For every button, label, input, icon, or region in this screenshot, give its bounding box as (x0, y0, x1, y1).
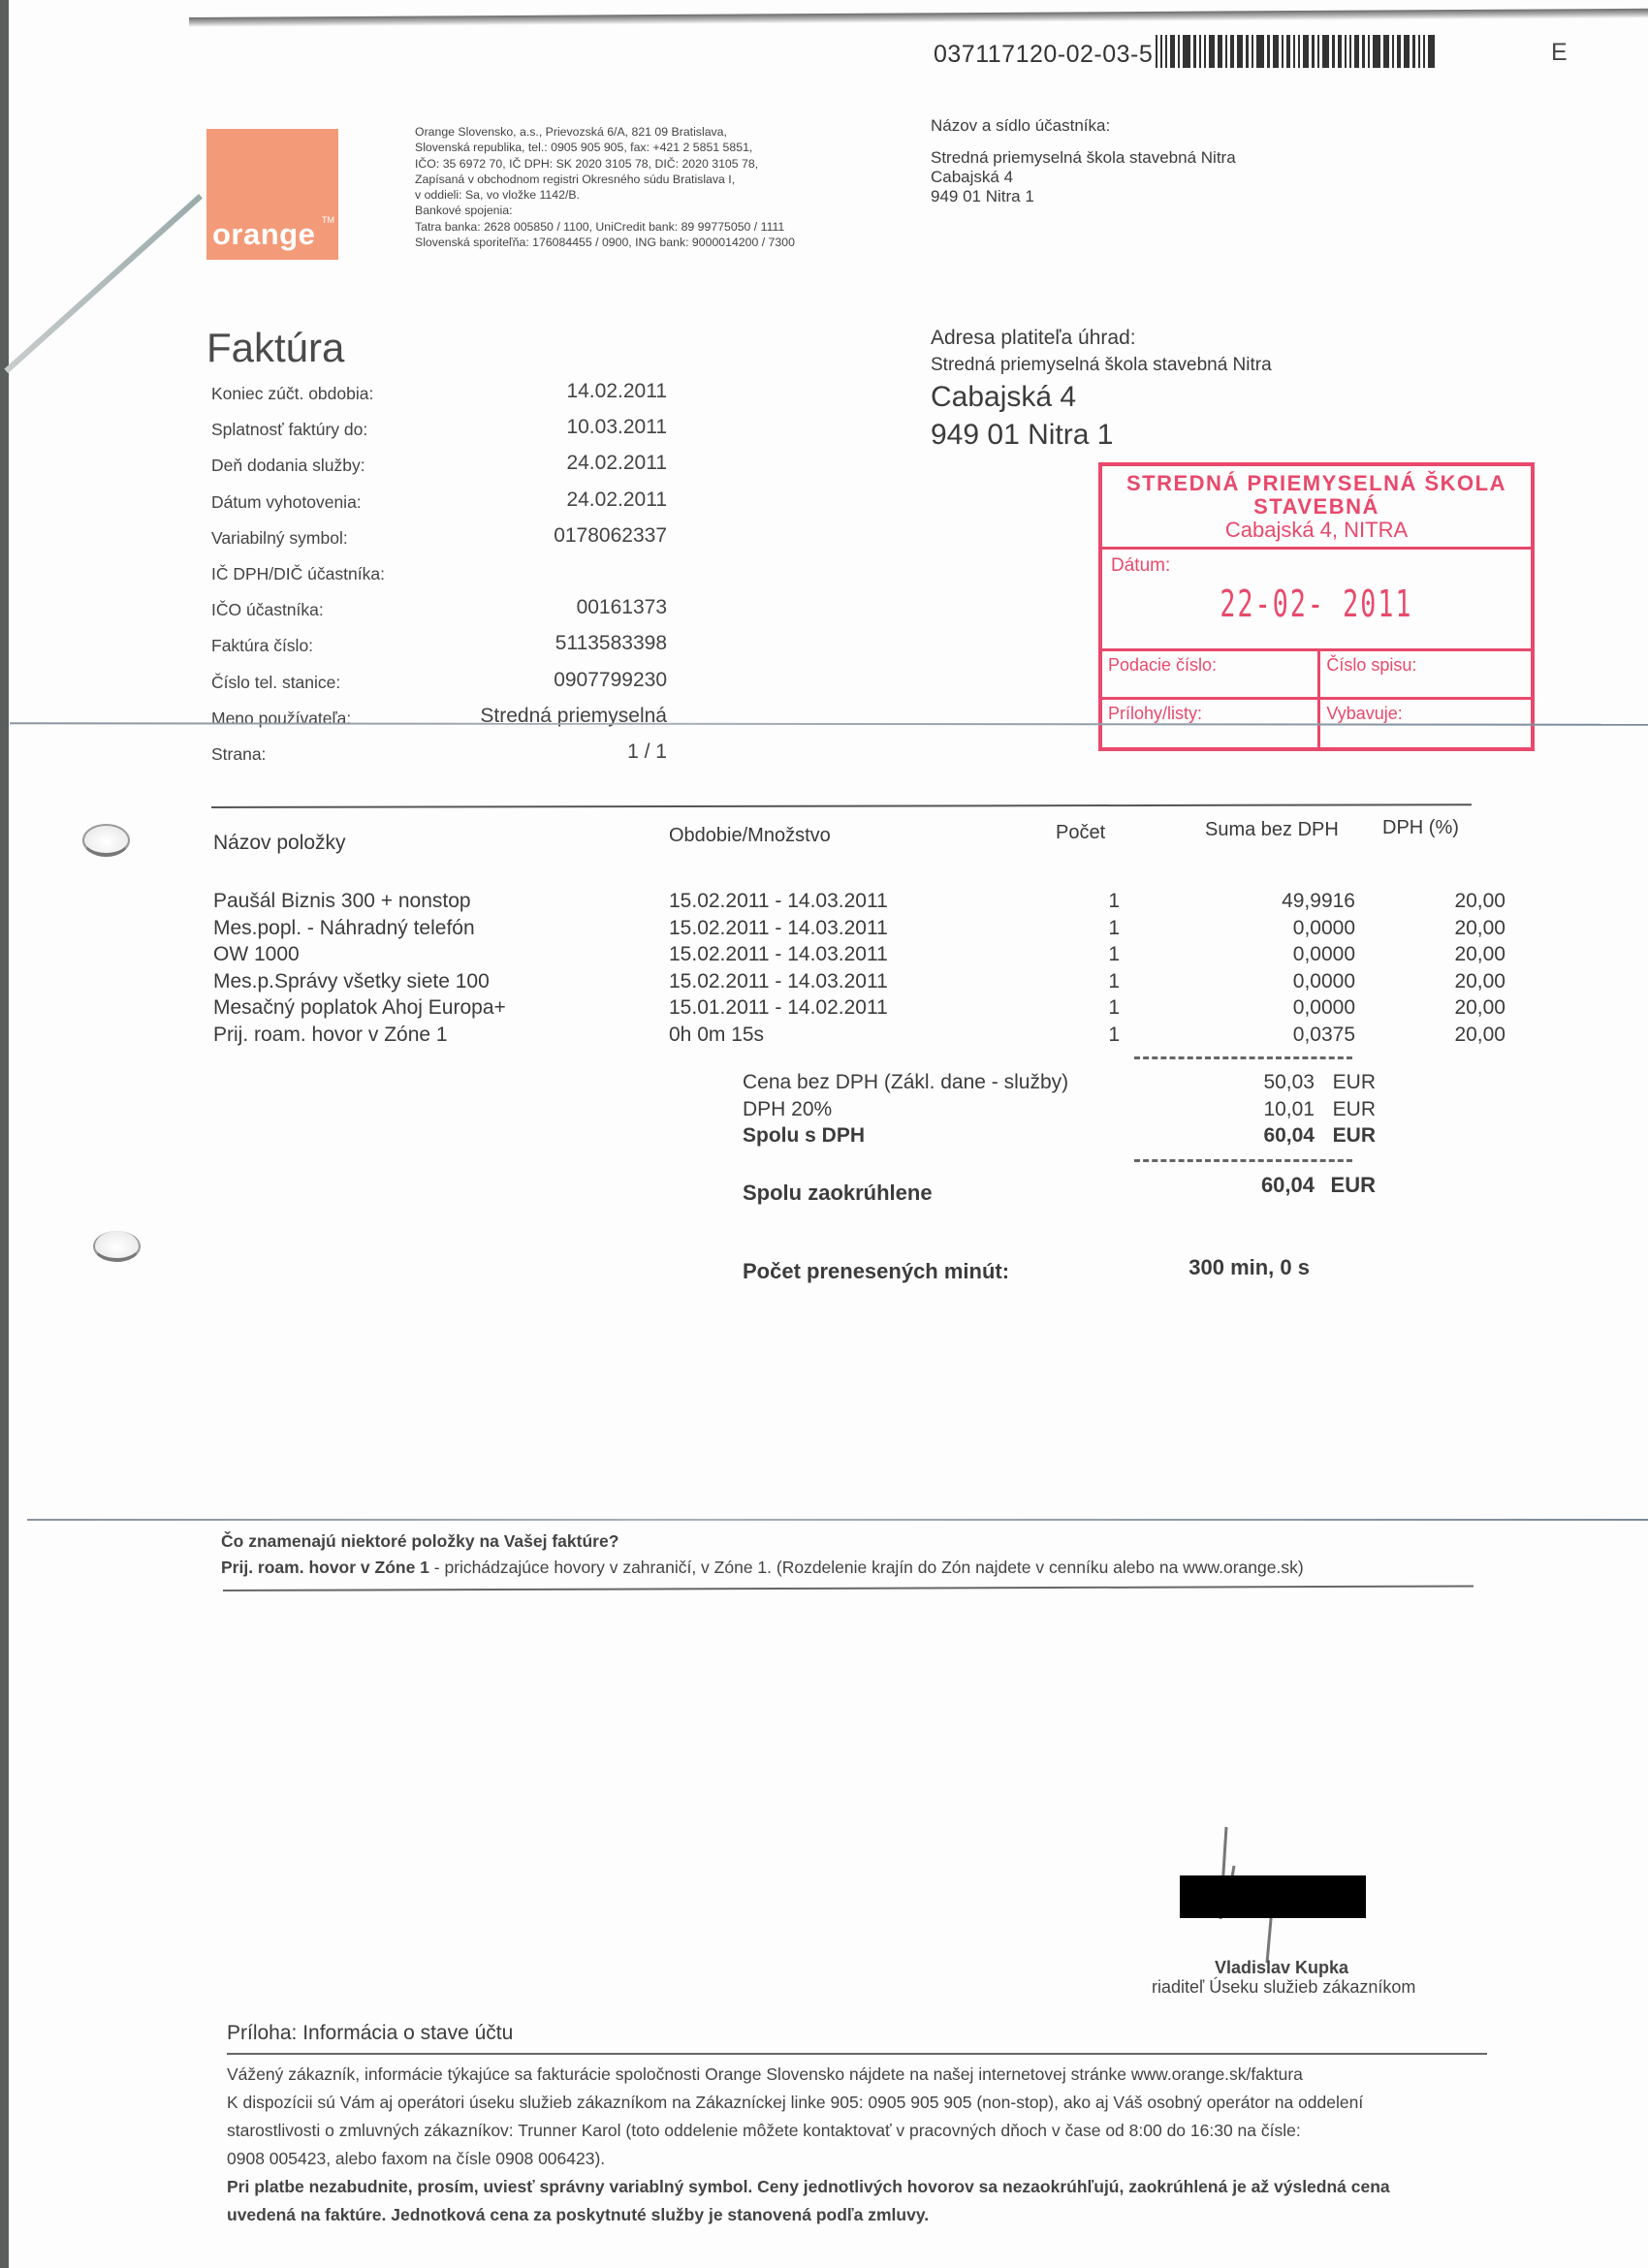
redaction-bar (1180, 1875, 1366, 1918)
invoice-field-label: Deň dodania služby: (211, 456, 365, 476)
stamp-school-type: STAVEBNÁ (1102, 495, 1531, 519)
total-with-vat-label: Spolu s DPH (743, 1124, 865, 1148)
item-name: Prij. roam. hovor v Zóne 1 (213, 1024, 448, 1047)
receipt-stamp: STREDNÁ PRIEMYSELNÁ ŠKOLA STAVEBNÁ Cabaj… (1098, 462, 1535, 751)
explanation-title: Čo znamenajú niektoré položky na Vašej f… (221, 1531, 1481, 1552)
copy-mark: E (1551, 39, 1568, 67)
item-sum: 0,0000 (1183, 970, 1355, 993)
company-info-line: Slovenská republika, tel.: 0905 905 905,… (415, 140, 832, 155)
explanation-description: - prichádzajúce hovory v zahraničí, v Zó… (429, 1558, 1304, 1577)
stamp-file-number: Číslo spisu: (1320, 651, 1531, 700)
invoice-field-row: Koniec zúčt. obdobia:14.02.2011 (211, 384, 667, 420)
stamp-date-value: 22-02- 2011 (1166, 583, 1466, 625)
item-sum: 0,0375 (1183, 1024, 1355, 1047)
item-period: 15.02.2011 - 14.03.2011 (669, 890, 888, 913)
item-vat: 20,00 (1396, 1024, 1505, 1047)
invoice-field-label: IČO účastníka: (211, 600, 324, 620)
attachment-paragraph: K dispozícii sú Vám aj operátori úseku s… (227, 2093, 1487, 2113)
folded-corner (4, 194, 203, 373)
invoice-field-row: Splatnosť faktúry do:10.03.2011 (211, 420, 667, 456)
item-vat: 20,00 (1396, 943, 1505, 966)
stamp-header: STREDNÁ PRIEMYSELNÁ ŠKOLA STAVEBNÁ Cabaj… (1102, 466, 1531, 550)
invoice-field-label: Dátum vyhotovenia: (211, 492, 362, 513)
item-name: OW 1000 (213, 943, 300, 966)
item-period: 15.02.2011 - 14.03.2011 (669, 970, 888, 993)
stamp-address: Cabajská 4, NITRA (1102, 519, 1531, 542)
invoice-field-row: Meno používateľa:Stredná priemyselná (211, 709, 667, 744)
item-period: 15.02.2011 - 14.03.2011 (669, 917, 888, 940)
invoice-field-row: Číslo tel. stanice:0907799230 (211, 673, 667, 709)
invoice-field-label: IČ DPH/DIČ účastníka: (211, 564, 385, 584)
rounded-total: Spolu zaokrúhlene 60,04 EUR (743, 1173, 1421, 1200)
transferred-minutes-row: Počet prenesených minút: 300 min, 0 s (743, 1255, 1421, 1282)
explanation-term: Prij. roam. hovor v Zóne 1 (221, 1558, 429, 1577)
table-row: Mes.p.Správy všetky siete 10015.02.2011 … (213, 970, 1454, 997)
item-count: 1 (1100, 890, 1120, 913)
item-vat: 20,00 (1396, 970, 1505, 993)
rounded-total-row: Spolu zaokrúhlene 60,04 EUR (743, 1173, 1421, 1200)
invoice-field-label: Variabilný symbol: (211, 528, 348, 549)
invoice-title: Faktúra (206, 325, 344, 371)
column-header-name: Názov položky (213, 832, 346, 855)
stamp-date-box: Dátum: 22-02- 2011 (1102, 550, 1531, 651)
subtotal-separator (1134, 1056, 1352, 1059)
items-table-body: Paušál Biznis 300 + nonstop15.02.2011 - … (213, 890, 1454, 1051)
invoice-field-row: Dátum vyhotovenia:24.02.2011 (211, 492, 667, 528)
totals: Cena bez DPH (Zákl. dane - služby) 50,03… (743, 1071, 1421, 1151)
attachment-paragraph: 0908 005423, alebo faxom na čísle 0908 0… (227, 2149, 1487, 2169)
item-sum: 49,9916 (1183, 890, 1355, 913)
invoice-field-value: 5113583398 (555, 632, 667, 655)
stamp-filing-number: Podacie číslo: (1102, 651, 1320, 700)
explanation-rule (223, 1585, 1474, 1591)
item-count: 1 (1100, 996, 1120, 1020)
total-vat-label: DPH 20% (743, 1098, 832, 1121)
item-name: Paušál Biznis 300 + nonstop (213, 890, 471, 913)
invoice-field-row: IČ DPH/DIČ účastníka: (211, 564, 667, 600)
item-count: 1 (1100, 1024, 1120, 1047)
attachment-paragraph: starostlivosti o zmluvných zákazníkov: T… (227, 2121, 1487, 2141)
item-period: 15.02.2011 - 14.03.2011 (669, 943, 888, 966)
subscriber-street: Cabajská 4 (931, 168, 1236, 187)
table-row: Mesačný poplatok Ahoj Europa+15.01.2011 … (213, 996, 1454, 1024)
rounded-total-label: Spolu zaokrúhlene (743, 1181, 933, 1206)
item-vat: 20,00 (1396, 890, 1505, 913)
invoice-field-row: Strana:1 / 1 (211, 744, 667, 780)
stamp-school-name: STREDNÁ PRIEMYSELNÁ ŠKOLA (1102, 472, 1531, 495)
currency: EUR (1333, 1098, 1376, 1121)
total-vat-amount: 10,01 (1263, 1098, 1315, 1121)
subscriber-address: Stredná priemyselná škola stavebná Nitra… (931, 148, 1236, 206)
total-separator (1134, 1159, 1352, 1162)
attachment-text: Vážený zákazník, informácie týkajúce sa … (227, 2064, 1487, 2233)
table-row: OW 100015.02.2011 - 14.03.201110,000020,… (213, 943, 1454, 970)
invoice-field-value: 10.03.2011 (566, 416, 667, 439)
invoice-field-label: Splatnosť faktúry do: (211, 420, 367, 440)
orange-logo: orange TM (206, 129, 338, 260)
table-top-rule (211, 803, 1472, 808)
item-count: 1 (1100, 943, 1120, 966)
transferred-minutes-value: 300 min, 0 s (1188, 1255, 1310, 1280)
total-base-row: Cena bez DPH (Zákl. dane - služby) 50,03… (743, 1071, 1421, 1098)
document-number: 037117120-02-03-5 (934, 41, 1153, 69)
signer-name: Vladislav Kupka (1215, 1958, 1348, 1978)
rounded-total-amount: 60,04 (1261, 1173, 1315, 1198)
item-vat: 20,00 (1396, 917, 1505, 940)
item-count: 1 (1100, 917, 1120, 940)
column-header-count: Počet (1056, 822, 1105, 844)
item-period: 0h 0m 15s (669, 1024, 764, 1047)
attachment-paragraph: Vážený zákazník, informácie týkajúce sa … (227, 2064, 1487, 2085)
company-info-line: IČO: 35 6972 70, IČ DPH: SK 2020 3105 78… (415, 156, 832, 172)
total-with-vat-amount: 60,04 (1263, 1124, 1315, 1148)
item-period: 15.01.2011 - 14.02.2011 (669, 996, 888, 1020)
total-with-vat-row: Spolu s DPH 60,04 EUR (743, 1124, 1421, 1151)
subscriber-name: Stredná priemyselná škola stavebná Nitra (931, 148, 1236, 168)
punch-hole (93, 1231, 141, 1262)
currency: EUR (1331, 1173, 1376, 1198)
table-row: Prij. roam. hovor v Zóne 10h 0m 15s10,03… (213, 1024, 1454, 1051)
company-info-line: v oddieli: Sa, vo vložke 1142/B. (415, 187, 832, 203)
page-top-edge (189, 9, 1648, 27)
scanner-edge (0, 0, 9, 2268)
company-info-line: Zapísaná v obchodnom registri Okresného … (415, 172, 832, 187)
logo-wordmark: orange (212, 217, 315, 252)
currency: EUR (1333, 1071, 1376, 1094)
payer-street: Cabajská 4 (931, 381, 1076, 414)
invoice-field-value: 14.02.2011 (566, 380, 667, 403)
payer-name: Stredná priemyselná škola stavebná Nitra (931, 355, 1272, 376)
invoice-field-value: 0907799230 (554, 669, 667, 692)
total-base-label: Cena bez DPH (Zákl. dane - služby) (743, 1071, 1068, 1094)
attachment-notice: Pri platbe nezabudnite, prosím, uviesť s… (227, 2177, 1487, 2197)
fold-line (27, 1519, 1648, 1521)
invoice-fields: Koniec zúčt. obdobia:14.02.2011Splatnosť… (211, 384, 667, 780)
item-name: Mesačný poplatok Ahoj Europa+ (213, 996, 506, 1020)
item-sum: 0,0000 (1183, 943, 1355, 966)
item-sum: 0,0000 (1183, 917, 1355, 940)
logo-trademark: TM (322, 215, 334, 225)
total-vat-row: DPH 20% 10,01 EUR (743, 1098, 1421, 1125)
total-base-amount: 50,03 (1263, 1071, 1315, 1094)
transferred-minutes: Počet prenesených minút: 300 min, 0 s (743, 1255, 1421, 1282)
invoice-field-row: Faktúra číslo:5113583398 (211, 636, 667, 672)
attachment-rule (227, 2053, 1487, 2055)
signer-title: riaditeľ Úseku služieb zákazníkom (1152, 1977, 1415, 1998)
attachment-notice: uvedená na faktúre. Jednotková cena za p… (227, 2205, 1487, 2225)
invoice-field-row: Variabilný symbol:0178062337 (211, 528, 667, 564)
invoice-field-value: 0178062337 (554, 524, 667, 548)
explanation-text: Prij. roam. hovor v Zóne 1 - prichádzajú… (221, 1558, 1481, 1578)
invoice-field-label: Faktúra číslo: (211, 636, 313, 656)
column-header-sum: Suma bez DPH (1205, 819, 1339, 841)
item-vat: 20,00 (1396, 996, 1505, 1020)
company-info: Orange Slovensko, a.s., Prievozská 6/A, … (415, 124, 832, 250)
invoice-field-label: Číslo tel. stanice: (211, 673, 340, 693)
column-header-period: Obdobie/Množstvo (669, 825, 831, 847)
item-name: Mes.p.Správy všetky siete 100 (213, 970, 490, 993)
company-info-line: Bankové spojenia: (415, 203, 832, 218)
invoice-field-value: 1 / 1 (627, 740, 667, 764)
invoice-field-label: Strana: (211, 744, 266, 765)
attachment-title: Príloha: Informácia o stave účtu (227, 2022, 513, 2045)
item-sum: 0,0000 (1183, 996, 1355, 1020)
item-count: 1 (1100, 970, 1120, 993)
company-info-line: Slovenská sporiteľňa: 176084455 / 0900, … (415, 235, 832, 250)
stamp-grid: Podacie číslo: Číslo spisu: Prílohy/list… (1102, 651, 1531, 748)
subscriber-label: Názov a sídlo účastníka: (931, 116, 1110, 136)
invoice-field-value: 00161373 (577, 596, 667, 619)
invoice-field-label: Koniec zúčt. obdobia: (211, 384, 373, 404)
company-info-line: Orange Slovensko, a.s., Prievozská 6/A, … (415, 124, 832, 140)
column-header-vat: DPH (%) (1382, 817, 1459, 839)
barcode-icon (1156, 35, 1438, 68)
invoice-field-value: 24.02.2011 (566, 488, 667, 512)
currency: EUR (1333, 1124, 1376, 1148)
invoice-field-row: Deň dodania služby:24.02.2011 (211, 456, 667, 491)
item-name: Mes.popl. - Náhradný telefón (213, 917, 475, 940)
payer-city: 949 01 Nitra 1 (931, 419, 1113, 452)
invoice-field-label: Meno používateľa: (211, 709, 351, 729)
transferred-minutes-label: Počet prenesených minút: (743, 1259, 1009, 1284)
table-row: Paušál Biznis 300 + nonstop15.02.2011 - … (213, 890, 1454, 917)
table-row: Mes.popl. - Náhradný telefón15.02.2011 -… (213, 917, 1454, 944)
subscriber-city: 949 01 Nitra 1 (931, 187, 1236, 206)
item-explanation: Čo znamenajú niektoré položky na Vašej f… (221, 1531, 1481, 1578)
invoice-field-value: 24.02.2011 (566, 452, 667, 475)
stamp-date-label: Dátum: (1111, 555, 1170, 577)
company-info-line: Tatra banka: 2628 005850 / 1100, UniCred… (415, 219, 832, 235)
invoice-field-row: IČO účastníka:00161373 (211, 600, 667, 636)
payer-label: Adresa platiteľa úhrad: (931, 327, 1136, 350)
punch-hole (82, 824, 130, 857)
